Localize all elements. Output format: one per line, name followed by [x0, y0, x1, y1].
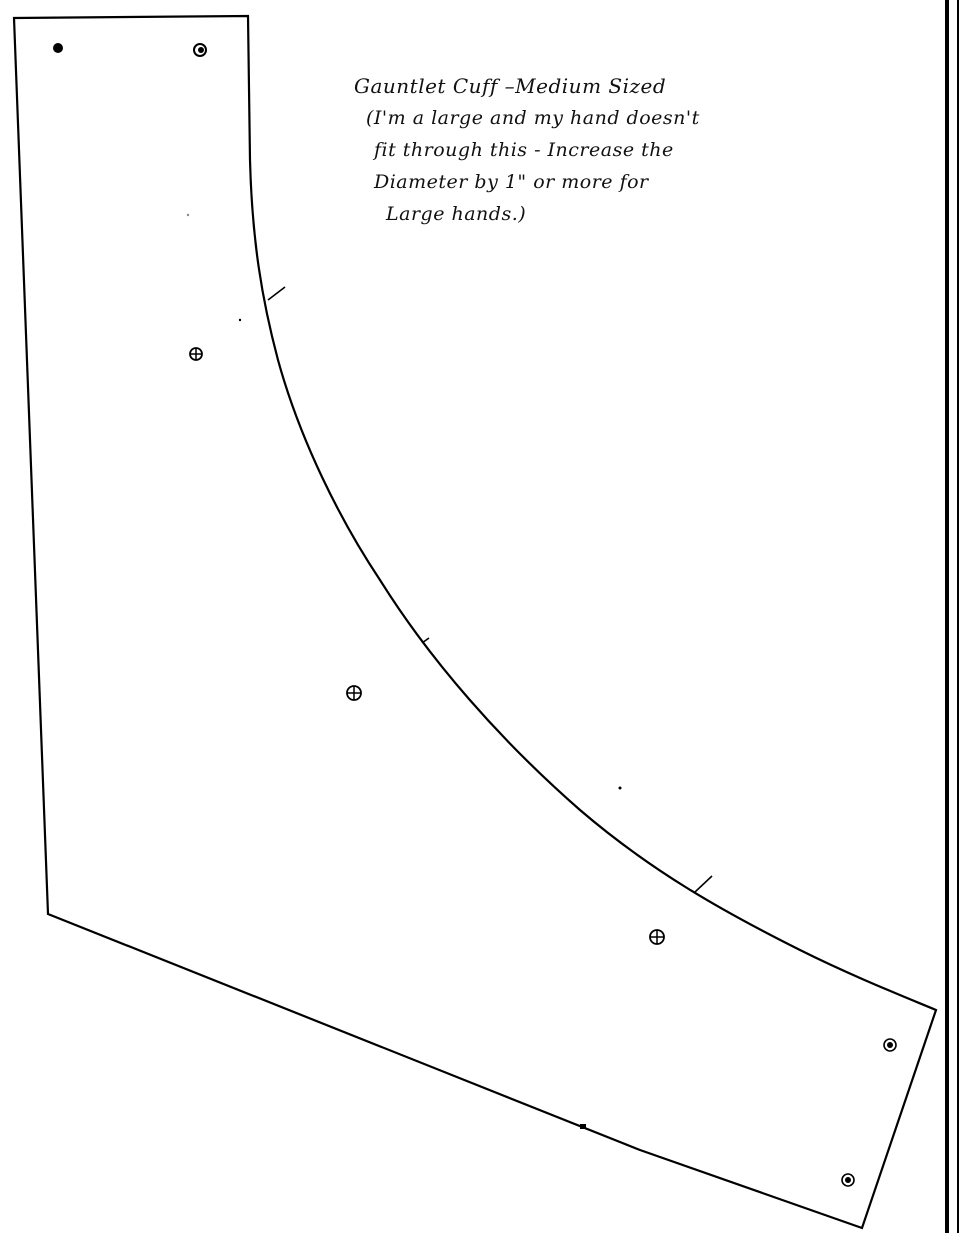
rivet-hole-icon [842, 1174, 854, 1186]
center-mark [580, 1124, 586, 1129]
note-line: Large hands.) [386, 198, 782, 230]
rivet-hole-icon [53, 43, 63, 53]
note-line: fit through this - Increase the [374, 134, 782, 166]
scan-speck [239, 319, 241, 321]
notch-mark [695, 876, 712, 892]
scanned-page: Gauntlet Cuff –Medium Sized (I'm a large… [0, 0, 960, 1233]
note-title: Gauntlet Cuff –Medium Sized [354, 70, 782, 102]
note-line: (I'm a large and my hand doesn't [366, 102, 782, 134]
scan-speck [619, 787, 622, 790]
scan-speck [187, 214, 189, 216]
rivet-hole-icon [884, 1039, 896, 1051]
notch-mark [268, 287, 285, 300]
notch-mark [422, 638, 429, 643]
crossed-circle-marker-icon [347, 686, 361, 700]
crossed-circle-marker-icon [190, 348, 202, 360]
rivet-hole-icon [194, 44, 206, 56]
crossed-circle-marker-icon [650, 930, 664, 944]
handwritten-note: Gauntlet Cuff –Medium Sized (I'm a large… [352, 70, 782, 230]
note-line: Diameter by 1" or more for [374, 166, 782, 198]
